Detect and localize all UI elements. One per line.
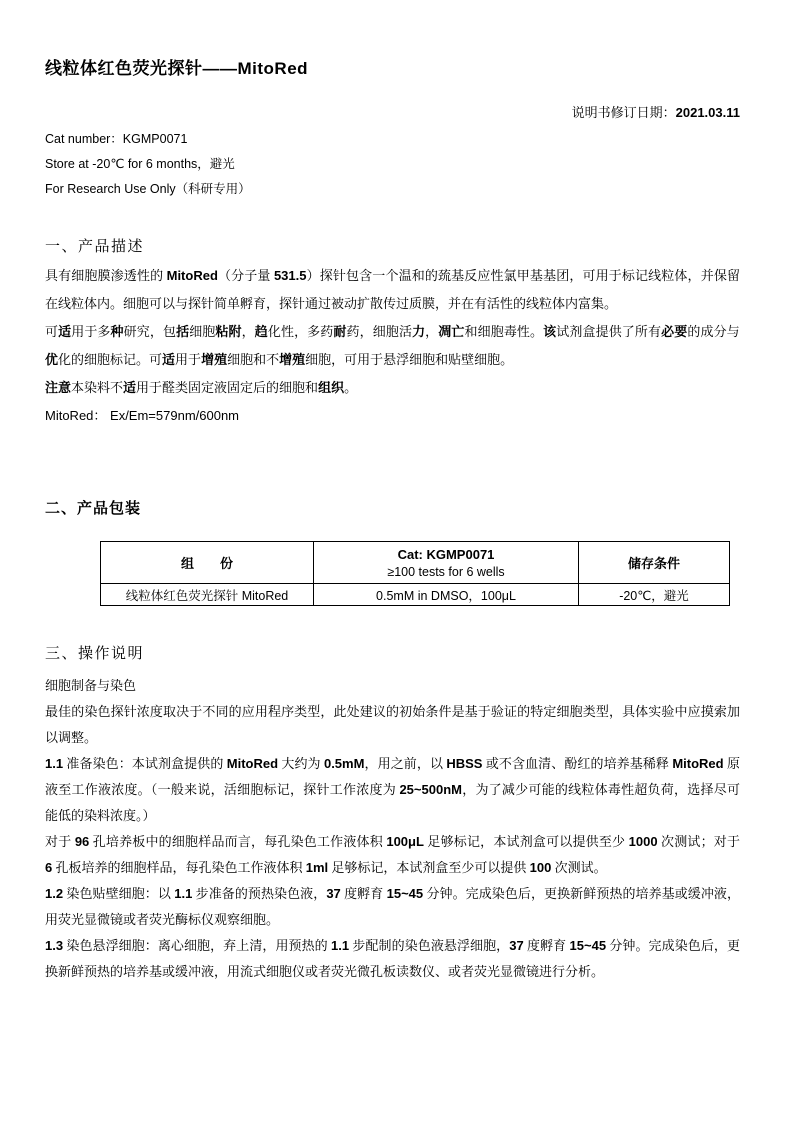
table-row: 线粒体红色荧光探针 MitoRed 0.5mM in DMSO，100μL -2… <box>101 584 730 606</box>
operation-instructions: 细胞制备与染色 最佳的染色探针浓度取决于不同的应用程序类型，此处建议的初始条件是… <box>45 673 740 985</box>
document-page: 线粒体红色荧光探针——MitoRed 说明书修订日期：2021.03.11 Ca… <box>0 0 794 1123</box>
section-2-heading: 二、产品包装 <box>45 498 740 519</box>
table-header-cat: Cat: KGMP0071 ≥100 tests for 6 wells <box>314 542 579 584</box>
table-cell-spec: 0.5mM in DMSO，100μL <box>314 584 579 606</box>
description-paragraph-2: 可适用于多种研究，包括细胞粘附，趋化性，多药耐药，细胞活力，凋亡和细胞毒性。该试… <box>45 318 740 374</box>
page-title: 线粒体红色荧光探针——MitoRed <box>45 57 740 81</box>
step-1-1-volumes: 对于 96 孔培养板中的细胞样品而言，每孔染色工作液体积 100μL 足够标记，… <box>45 829 740 881</box>
revision-date-line: 说明书修订日期：2021.03.11 <box>45 104 740 121</box>
step-1-3: 1.3 染色悬浮细胞：离心细胞，弃上清，用预热的 1.1 步配制的染色液悬浮细胞… <box>45 933 740 985</box>
table-header-cat-number: Cat: KGMP0071 <box>318 547 574 562</box>
description-note: 注意本染料不适用于醛类固定液固定后的细胞和组织。 <box>45 374 740 402</box>
operation-intro: 最佳的染色探针浓度取决于不同的应用程序类型，此处建议的初始条件是基于验证的特定细… <box>45 699 740 751</box>
table-header-row: 组 份 Cat: KGMP0071 ≥100 tests for 6 wells… <box>101 542 730 584</box>
ex-em-line: MitoRed： Ex/Em=579nm/600nm <box>45 402 740 430</box>
step-1-1: 1.1 准备染色：本试剂盒提供的 MitoRed 大约为 0.5mM，用之前，以… <box>45 751 740 829</box>
table-cell-component: 线粒体红色荧光探针 MitoRed <box>101 584 314 606</box>
section-1-heading: 一、产品描述 <box>45 237 740 258</box>
packaging-table: 组 份 Cat: KGMP0071 ≥100 tests for 6 wells… <box>100 541 730 606</box>
table-header-component: 组 份 <box>101 542 314 584</box>
research-use-line: For Research Use Only（科研专用） <box>45 177 740 202</box>
storage-line: Store at -20℃ for 6 months，避光 <box>45 152 740 177</box>
subsection-title: 细胞制备与染色 <box>45 673 740 699</box>
product-description: 具有细胞膜渗透性的 MitoRed（分子量 531.5）探针包含一个温和的巯基反… <box>45 262 740 430</box>
description-paragraph-1: 具有细胞膜渗透性的 MitoRed（分子量 531.5）探针包含一个温和的巯基反… <box>45 262 740 318</box>
table-header-storage: 储存条件 <box>579 542 730 584</box>
cat-number-line: Cat number：KGMP0071 <box>45 127 740 152</box>
section-3-heading: 三、操作说明 <box>45 644 740 665</box>
table-header-tests: ≥100 tests for 6 wells <box>318 565 574 579</box>
step-1-2: 1.2 染色贴壁细胞：以 1.1 步准备的预热染色液，37 度孵育 15~45 … <box>45 881 740 933</box>
meta-block: Cat number：KGMP0071 Store at -20℃ for 6 … <box>45 127 740 202</box>
table-cell-storage: -20℃，避光 <box>579 584 730 606</box>
